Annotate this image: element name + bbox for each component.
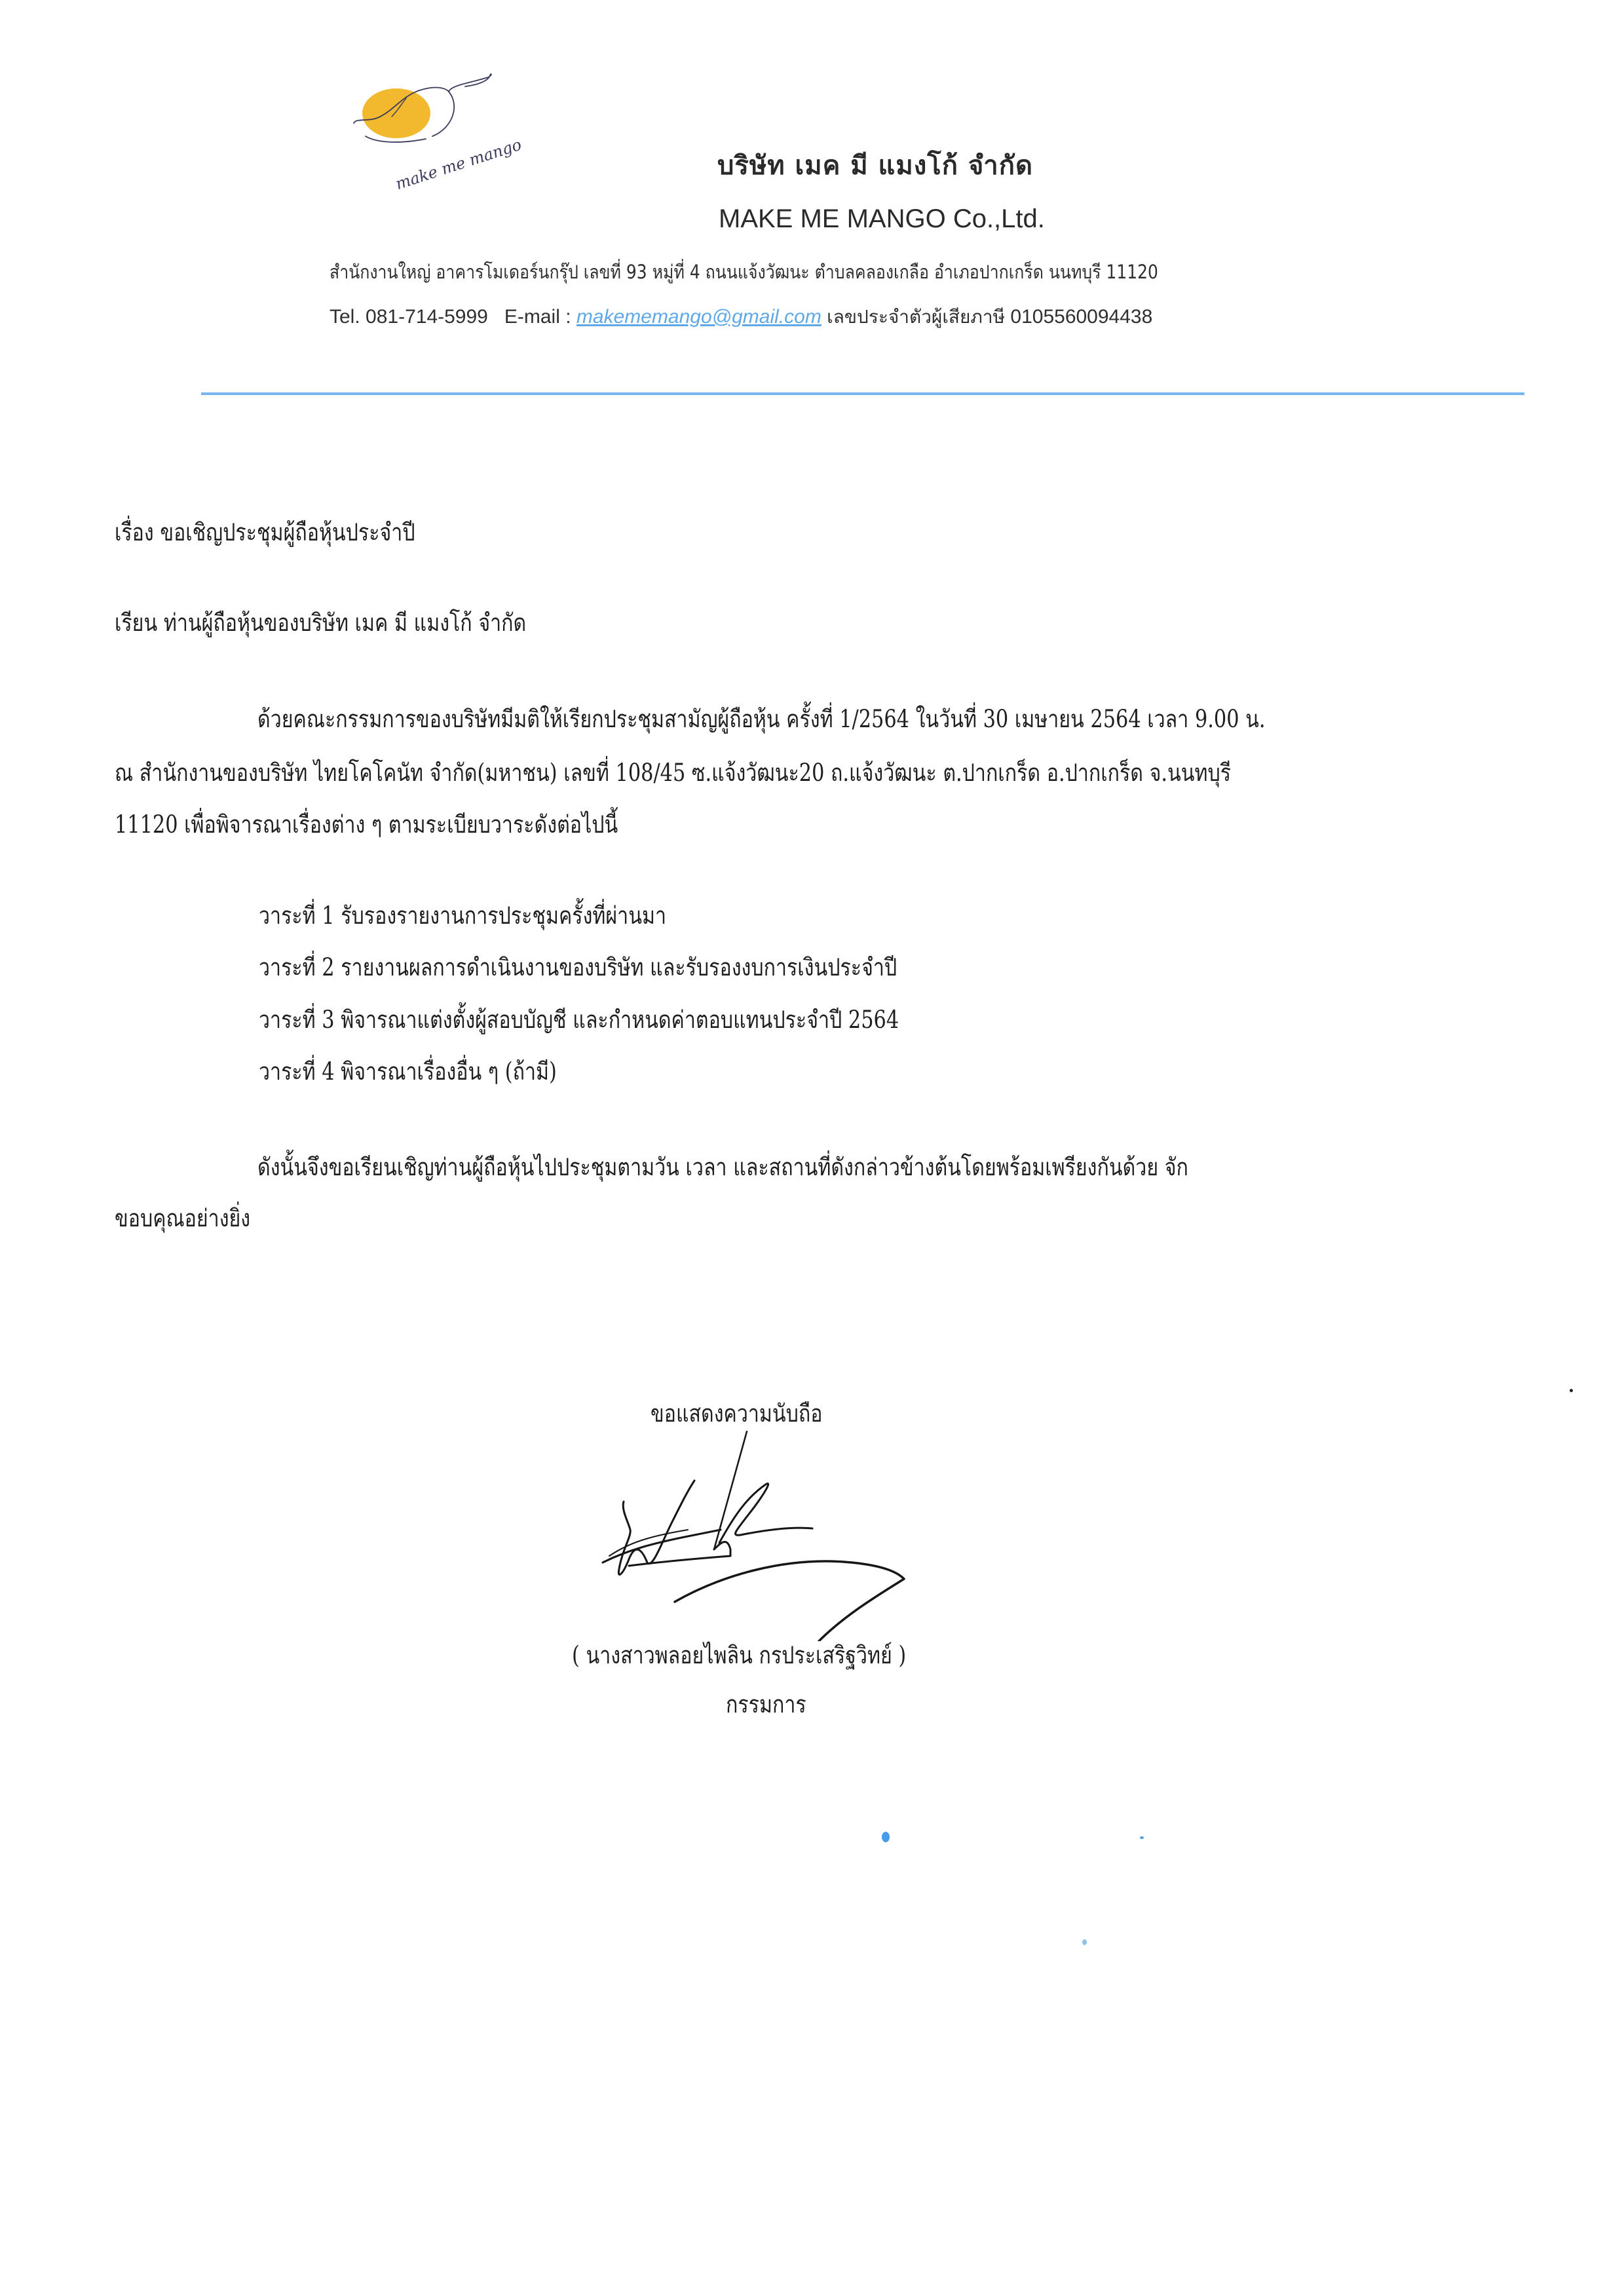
signer-name: ( นางสาวพลอยไพลิน กรประเสริฐวิทย์ ) xyxy=(572,1636,906,1675)
paragraph-1-line-2: ณ สำนักงานของบริษัท ไทยโคโคนัท จำกัด(มหา… xyxy=(115,753,1231,792)
scan-speck xyxy=(882,1832,890,1842)
paragraph-2-line-2: ขอบคุณอย่างยิ่ง xyxy=(115,1199,250,1238)
letter-recipient: เรียน ท่านผู้ถือหุ้นของบริษัท เมค มี แมง… xyxy=(115,603,526,642)
paragraph-2-line-1: ดังนั้นจึงขอเรียนเชิญท่านผู้ถือหุ้นไปประ… xyxy=(257,1148,1188,1186)
agenda-item: วาระที่ 3 พิจารณาแต่งตั้งผู้สอบบัญชี และ… xyxy=(259,1000,899,1039)
email-link[interactable]: makememango@gmail.com xyxy=(576,306,821,328)
tel-label: Tel. xyxy=(330,306,360,328)
tax-id-number: 0105560094438 xyxy=(1010,306,1152,328)
letterhead-divider xyxy=(201,392,1524,395)
company-name-english: MAKE ME MANGO Co.,Ltd. xyxy=(719,204,1045,234)
scan-speck xyxy=(1570,1389,1573,1392)
agenda-item: วาระที่ 4 พิจารณาเรื่องอื่น ๆ (ถ้ามี) xyxy=(259,1052,557,1091)
logo-wordmark: make me mango xyxy=(393,136,523,194)
letter-subject: เรื่อง ขอเชิญประชุมผู้ถือหุ้นประจำปี xyxy=(115,513,415,552)
scan-speck xyxy=(1140,1836,1144,1839)
email-label: E-mail : xyxy=(504,306,571,328)
handwritten-signature-icon xyxy=(590,1418,956,1641)
company-address: สำนักงานใหญ่ อาคารโมเดอร์นกรุ๊ป เลขที่ 9… xyxy=(330,257,1158,287)
tax-id-label: เลขประจำตัวผู้เสียภาษี xyxy=(827,306,1005,328)
paragraph-1-line-3: 11120 เพื่อพิจารณาเรื่องต่าง ๆ ตามระเบีย… xyxy=(115,805,618,844)
company-name-thai: บริษัท เมค มี แมงโก้ จำกัด xyxy=(717,144,1033,186)
mango-logo-icon: make me mango xyxy=(341,66,531,197)
signer-position: กรรมการ xyxy=(726,1685,806,1724)
scan-speck xyxy=(1082,1939,1087,1945)
agenda-item: วาระที่ 1 รับรองรายงานการประชุมครั้งที่ผ… xyxy=(259,896,666,935)
tel-number: 081-714-5999 xyxy=(366,306,488,328)
agenda-item: วาระที่ 2 รายงานผลการดำเนินงานของบริษัท … xyxy=(259,948,897,987)
paragraph-1-line-1: ด้วยคณะกรรมการของบริษัทมีมติให้เรียกประช… xyxy=(257,700,1266,738)
contact-line: Tel. 081-714-5999 E-mail : makememango@g… xyxy=(330,303,1152,332)
